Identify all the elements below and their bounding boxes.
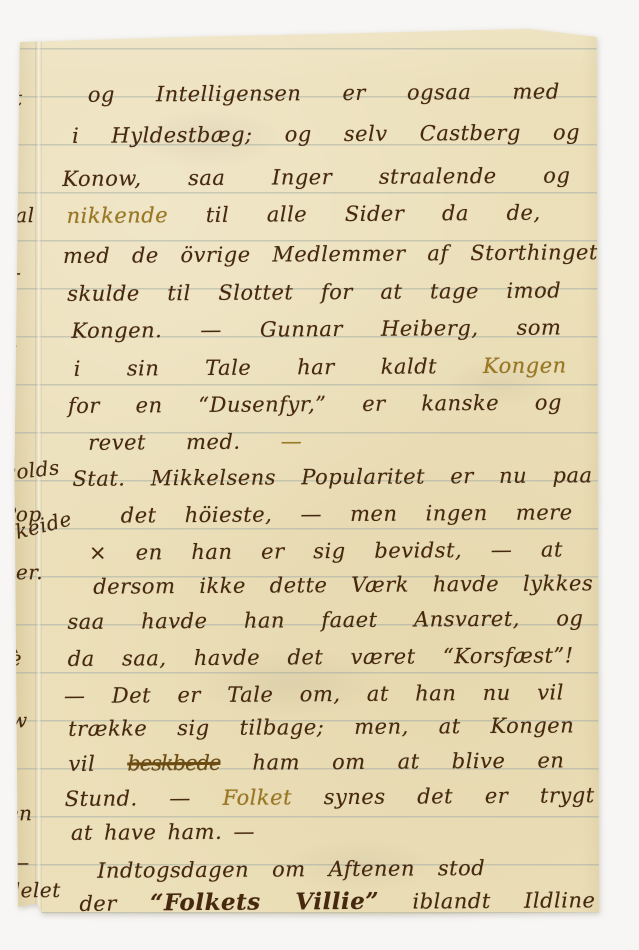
handwritten-line: i Hyldestbæg; og selv Castberg og xyxy=(72,119,580,149)
handwritten-line: trække sig tilbage; men, at Kongen xyxy=(68,712,574,742)
margin-fragment: — xyxy=(9,850,30,874)
margin-fragment: et xyxy=(2,86,23,110)
handwritten-line: Kongen. — Gunnar Heiberg, som xyxy=(71,314,561,343)
emphasized-word: “Folkets Villie” xyxy=(150,888,379,917)
handwritten-line: for en “Dusenfyr,” er kanske og xyxy=(68,389,562,418)
handwriting-layer: og Intelligensen er ogsaa medi Hyldestbæ… xyxy=(13,24,604,914)
handwritten-line: Stat. Mikkelsens Popularitet er nu paa xyxy=(72,462,592,492)
handwritten-line: Konow, saa Inger straalende og xyxy=(62,162,570,192)
margin-fragment: volds xyxy=(3,455,61,485)
handwritten-line: vil beskbede ham om at blive en xyxy=(68,747,564,776)
paper-sheet-wrapper: og Intelligensen er ogsaa medi Hyldestbæ… xyxy=(0,0,639,950)
emphasized-word: Kongen xyxy=(483,353,567,378)
manuscript-page: og Intelligensen er ogsaa medi Hyldestbæ… xyxy=(14,28,599,914)
handwritten-line: dersom ikke dette Værk havde lykkes xyxy=(93,570,593,599)
margin-fragment: ~ xyxy=(1,334,18,358)
struck-out-word: beskbede xyxy=(127,751,220,776)
handwritten-line: Indtogsdagen om Aftenen stod xyxy=(97,855,485,884)
handwritten-line: Stund. — Folket synes det er trygt xyxy=(65,782,595,812)
handwritten-line: saa havde han faaet Ansvaret, og xyxy=(67,605,583,635)
emphasized-word: nikkende xyxy=(67,203,169,228)
handwritten-line: nikkende til alle Sider da de, xyxy=(67,200,541,229)
margin-fragment: i xyxy=(9,606,16,630)
handwritten-line: da saa, havde det været “Korsfæst”! xyxy=(68,642,574,672)
handwritten-line: revet med. — xyxy=(88,428,302,455)
margin-fragment: w xyxy=(10,708,28,732)
handwritten-line: med de övrige Medlemmer af Storthinget xyxy=(63,239,598,269)
margin-fragment: e xyxy=(1,296,14,320)
handwritten-line: skulde til Slottet for at tage imod xyxy=(67,277,561,306)
margin-fragment: è xyxy=(10,646,23,670)
emphasized-word: Folket xyxy=(223,785,293,809)
margin-fragment: delet xyxy=(7,878,61,902)
scanned-manuscript: og Intelligensen er ogsaa medi Hyldestbæ… xyxy=(0,0,639,950)
handwritten-line: — Det er Tale om, at han nu vil xyxy=(64,679,564,708)
margin-fragment: 2 xyxy=(0,118,13,142)
handwritten-line: i sin Tale har kaldt Kongen xyxy=(74,352,567,381)
handwritten-line: der “Folkets Villie” iblandt Ildline xyxy=(79,887,595,917)
emphasized-word: — xyxy=(281,429,303,453)
handwritten-line: det höieste, — men ingen mere xyxy=(121,499,573,528)
margin-fragment: en xyxy=(7,801,33,825)
handwritten-line: og Intelligensen er ogsaa med xyxy=(88,78,560,107)
margin-fragment: — xyxy=(1,260,22,284)
margin-fragment: kal xyxy=(3,203,35,227)
handwritten-line: at have ham. — xyxy=(71,819,255,846)
margin-fragment: ler. xyxy=(9,560,43,584)
handwritten-line: × en han er sig bevidst, — at xyxy=(89,536,563,565)
